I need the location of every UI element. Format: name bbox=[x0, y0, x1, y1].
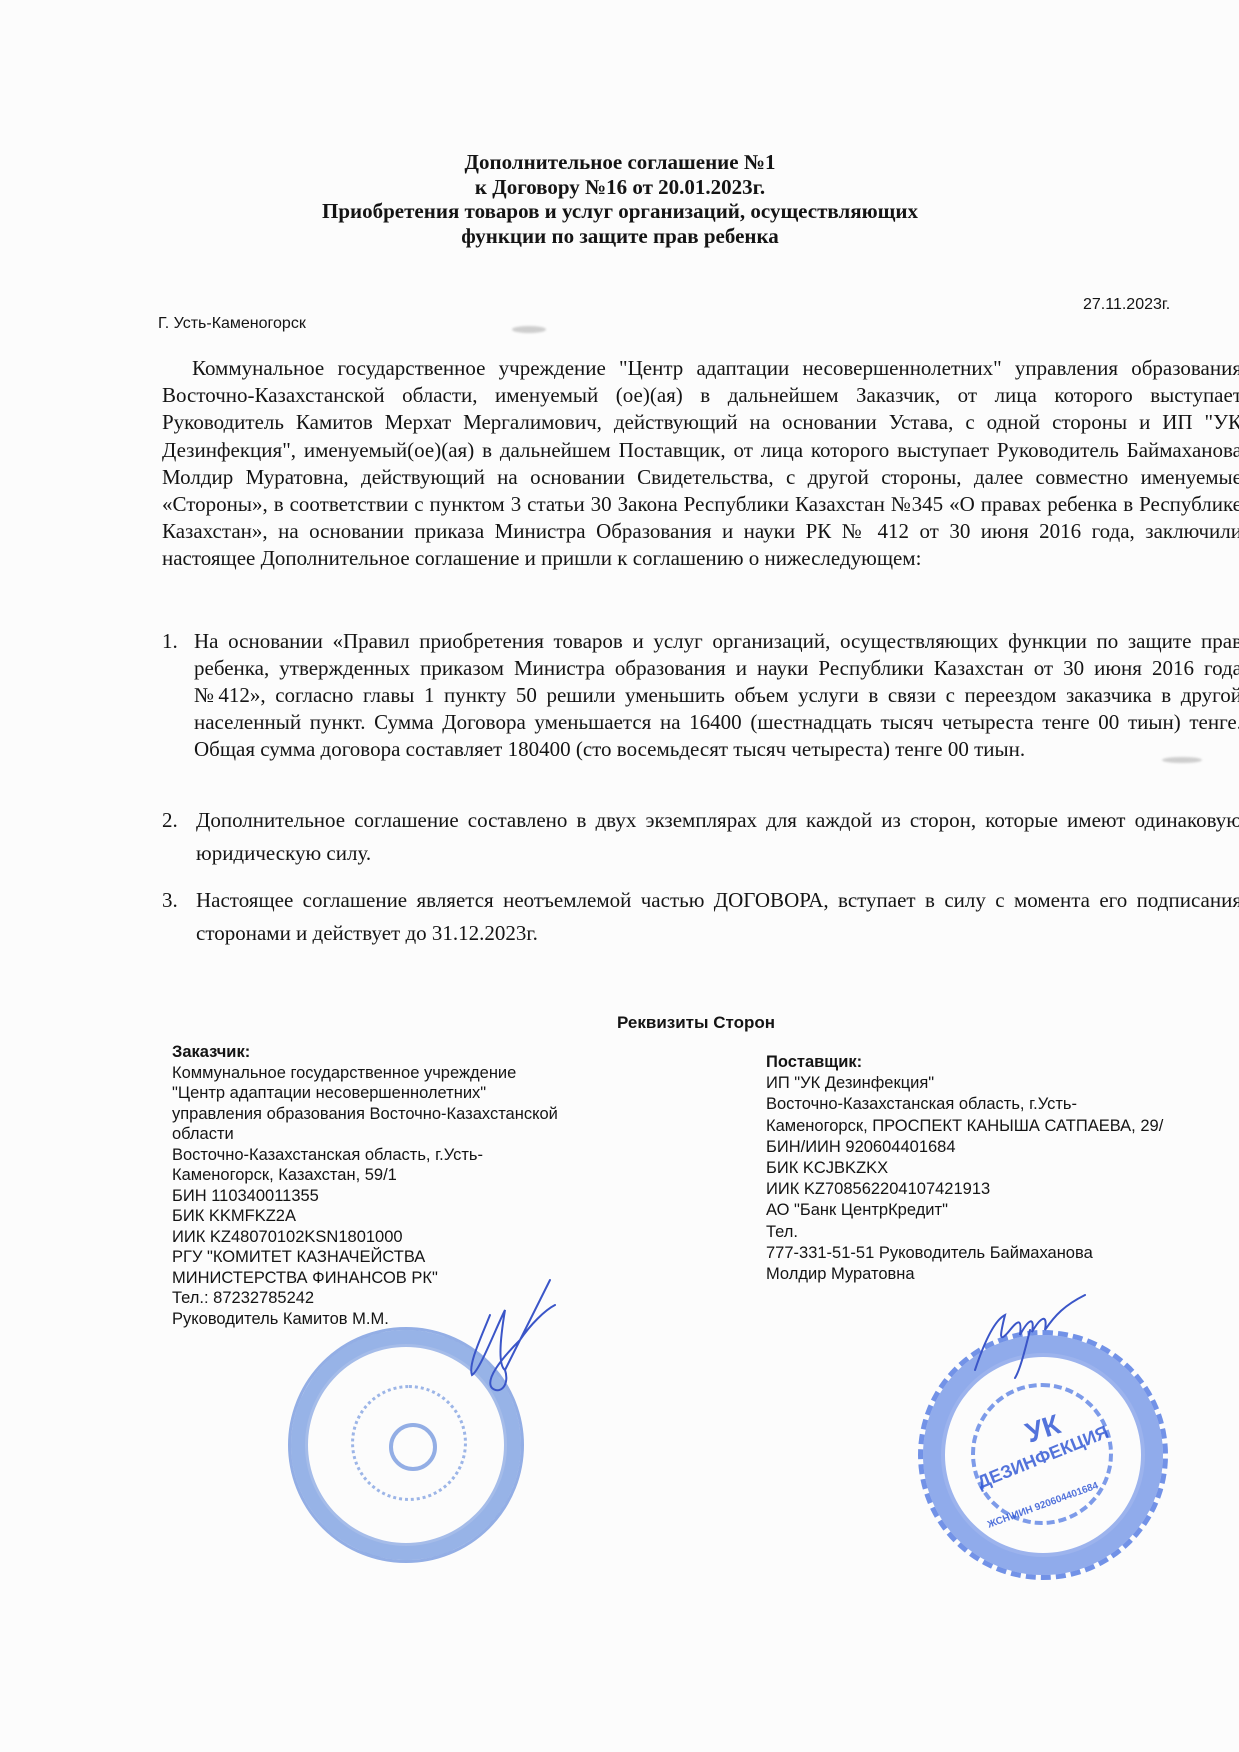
clause-1: 1. На основании «Правил приобретения тов… bbox=[162, 628, 1239, 763]
clause-text: На основании «Правил приобретения товаро… bbox=[162, 628, 1239, 763]
customer-bik: БИК KKMFKZ2A bbox=[172, 1206, 692, 1227]
clause-number: 3. bbox=[162, 884, 178, 917]
clause-text: Дополнительное соглашение составлено в д… bbox=[162, 804, 1239, 870]
supplier-stamp-icon: УК ДЕЗИНФЕКЦИЯ ЖСН\ИИН 920604401684 bbox=[918, 1330, 1168, 1580]
scan-smudge bbox=[512, 326, 546, 333]
stamp-text: ДЕЗИНФЕКЦИЯ bbox=[928, 1403, 1158, 1512]
supplier-line: Восточно-Казахстанская область, г.Усть- bbox=[766, 1094, 1239, 1115]
document-date: 27.11.2023г. bbox=[1083, 296, 1170, 314]
customer-line: области bbox=[172, 1124, 692, 1145]
document-page: Дополнительное соглашение №1 к Договору … bbox=[0, 0, 1239, 1752]
customer-line: управления образования Восточно-Казахста… bbox=[172, 1104, 692, 1125]
stamp-text: УК bbox=[924, 1377, 1162, 1482]
supplier-phone-label: Тел. bbox=[766, 1222, 1239, 1243]
supplier-iik: ИИК KZ708562204107421913 bbox=[766, 1179, 1239, 1200]
emblem-center-icon bbox=[389, 1423, 437, 1471]
supplier-signatory: Молдир Муратовна bbox=[766, 1264, 1239, 1285]
supplier-bank: АО "Банк ЦентрКредит" bbox=[766, 1200, 1239, 1221]
customer-stamp-icon bbox=[288, 1327, 524, 1563]
clause-2: 2. Дополнительное соглашение составлено … bbox=[162, 804, 1239, 870]
customer-signatory: Руководитель Камитов М.М. bbox=[172, 1309, 692, 1330]
title-line-2: к Договору №16 от 20.01.2023г. bbox=[250, 175, 990, 200]
customer-iik: ИИК KZ48070102KSN1801000 bbox=[172, 1227, 692, 1248]
clause-number: 2. bbox=[162, 804, 178, 837]
stamp-text: ЖСН\ИИН 920604401684 bbox=[928, 1459, 1157, 1551]
customer-line: Каменогорск, Казахстан, 59/1 bbox=[172, 1165, 692, 1186]
supplier-line: ИП "УК Дезинфекция" bbox=[766, 1073, 1239, 1094]
clause-3: 3. Настоящее соглашение является неотъем… bbox=[162, 884, 1239, 950]
document-title: Дополнительное соглашение №1 к Договору … bbox=[250, 150, 990, 248]
title-line-3: Приобретения товаров и услуг организаций… bbox=[250, 199, 990, 224]
clause-text: Настоящее соглашение является неотъемлем… bbox=[162, 884, 1239, 950]
supplier-signature-icon bbox=[970, 1290, 1090, 1380]
supplier-heading: Поставщик: bbox=[766, 1052, 1239, 1073]
customer-phone: Тел.: 87232785242 bbox=[172, 1288, 692, 1309]
preamble-paragraph: Коммунальное государственное учреждение … bbox=[162, 355, 1239, 573]
title-line-4: функции по защите прав ребенка bbox=[250, 224, 990, 249]
customer-bank: МИНИСТЕРСТВА ФИНАНСОВ РК" bbox=[172, 1268, 692, 1289]
supplier-bik: БИК KCJBKZKX bbox=[766, 1158, 1239, 1179]
customer-requisites: Заказчик: Коммунальное государственное у… bbox=[172, 1042, 692, 1329]
requisites-heading: Реквизиты Сторон bbox=[617, 1013, 775, 1033]
customer-heading: Заказчик: bbox=[172, 1042, 692, 1063]
customer-bin: БИН 110340011355 bbox=[172, 1186, 692, 1207]
title-line-1: Дополнительное соглашение №1 bbox=[250, 150, 990, 175]
stamp-inner-ring-icon bbox=[971, 1383, 1113, 1525]
customer-line: Коммунальное государственное учреждение bbox=[172, 1063, 692, 1084]
customer-bank: РГУ "КОМИТЕТ КАЗНАЧЕЙСТВА bbox=[172, 1247, 692, 1268]
city-label: Г. Усть-Каменогорск bbox=[158, 315, 306, 333]
supplier-bin: БИН/ИИН 920604401684 bbox=[766, 1137, 1239, 1158]
clause-number: 1. bbox=[162, 628, 178, 655]
customer-line: "Центр адаптации несовершеннолетних" bbox=[172, 1083, 692, 1104]
supplier-line: Каменогорск, ПРОСПЕКТ КАНЫША САТПАЕВА, 2… bbox=[766, 1116, 1239, 1137]
customer-line: Восточно-Казахстанская область, г.Усть- bbox=[172, 1145, 692, 1166]
state-emblem-icon bbox=[351, 1385, 467, 1501]
supplier-requisites: Поставщик: ИП "УК Дезинфекция" Восточно-… bbox=[766, 1052, 1239, 1285]
supplier-signatory: 777-331-51-51 Руководитель Баймаханова bbox=[766, 1243, 1239, 1264]
